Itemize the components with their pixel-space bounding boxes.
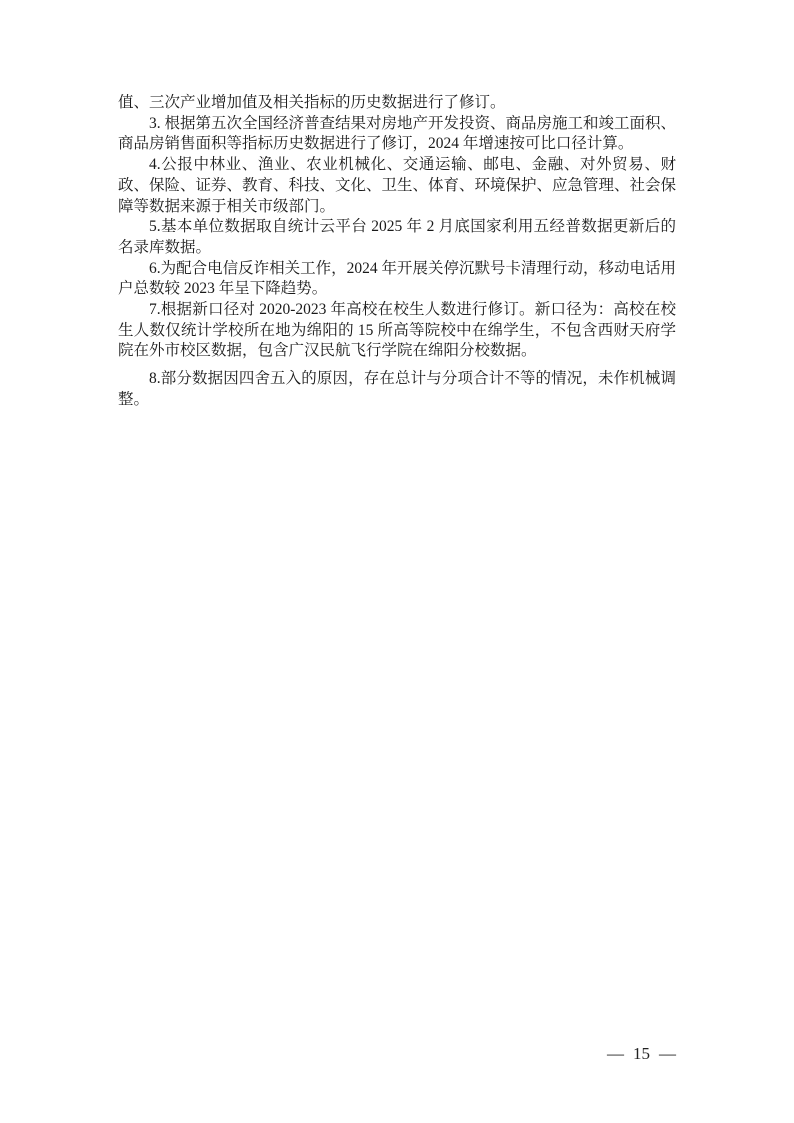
note-paragraph-7: 7.根据新口径对 2020-2023 年高校在校生人数进行修订。新口径为：高校在…: [118, 300, 676, 362]
notes-section: 值、三次产业增加值及相关指标的历史数据进行了修订。 3. 根据第五次全国经济普查…: [118, 93, 676, 411]
footer-dash-right: —: [659, 1045, 676, 1062]
page-footer: — 15 —: [607, 1043, 676, 1063]
note-paragraph-4: 4.公报中林业、渔业、农业机械化、交通运输、邮电、金融、对外贸易、财政、保险、证…: [118, 155, 676, 217]
note-paragraph-6: 6.为配合电信反诈相关工作，2024 年开展关停沉默号卡清理行动，移动电话用户总…: [118, 259, 676, 300]
page-number: 15: [633, 1045, 650, 1062]
note-paragraph-3: 3. 根据第五次全国经济普查结果对房地产开发投资、商品房施工和竣工面积、商品房销…: [118, 114, 676, 155]
document-page: 值、三次产业增加值及相关指标的历史数据进行了修订。 3. 根据第五次全国经济普查…: [0, 0, 794, 1123]
note-paragraph-5: 5.基本单位数据取自统计云平台 2025 年 2 月底国家利用五经普数据更新后的…: [118, 217, 676, 258]
note-paragraph-continuation: 值、三次产业增加值及相关指标的历史数据进行了修订。: [118, 93, 676, 114]
footer-dash-left: —: [607, 1045, 624, 1062]
note-paragraph-8: 8.部分数据因四舍五入的原因，存在总计与分项合计不等的情况，未作机械调整。: [118, 369, 676, 410]
